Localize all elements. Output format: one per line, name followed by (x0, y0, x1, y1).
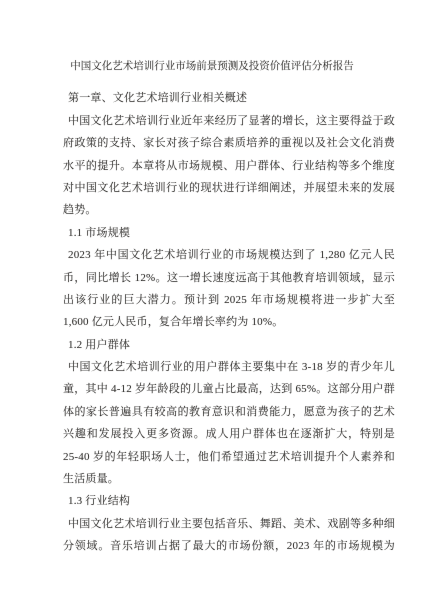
paragraph-line: 童，其中 4-12 岁年龄段的儿童占比最高，达到 65%。这部分用户群 (63, 378, 395, 400)
paragraph-line: 币，同比增长 12%。这一增长速度远高于其他教育培训领域，显示 (63, 267, 395, 289)
paragraph-line: 兴趣和发展投入更多资源。成人用户群体也在逐渐扩大，特别是 (63, 423, 395, 445)
paragraph-line: 中国文化艺术培训行业近年来经历了显著的增长，这主要得益于政 (63, 110, 395, 132)
section-heading: 1.2 用户群体 (63, 334, 395, 356)
section-heading: 1.3 行业结构 (63, 490, 395, 512)
paragraph-line: 对中国文化艺术培训行业的现状进行详细阐述，并展望未来的发展 (63, 177, 395, 199)
paragraph-line: 府政策的支持、家长对孩子综合素质培养的重视以及社会文化消费 (63, 132, 395, 154)
paragraph-line: 生活质量。 (63, 468, 395, 490)
paragraph-line: 趋势。 (63, 199, 395, 221)
paragraph-line: 25-40 岁的年轻职场人士，他们希望通过艺术培训提升个人素养和 (63, 446, 395, 468)
section-heading: 第一章、文化艺术培训行业相关概述 (63, 87, 395, 109)
document-body: 第一章、文化艺术培训行业相关概述中国文化艺术培训行业近年来经历了显著的增长，这主… (63, 87, 395, 557)
paragraph-line: 1,600 亿元人民币，复合年增长率约为 10%。 (63, 311, 395, 333)
paragraph-line: 水平的提升。本章将从市场规模、用户群体、行业结构等多个维度 (63, 155, 395, 177)
paragraph-line: 2023 年中国文化艺术培训行业的市场规模达到了 1,280 亿元人民 (63, 244, 395, 266)
paragraph-line: 出该行业的巨大潜力。预计到 2025 年市场规模将进一步扩大至 (63, 289, 395, 311)
paragraph-line: 分领域。音乐培训占据了最大的市场份额，2023 年的市场规模为 (63, 535, 395, 557)
paragraph-line: 体的家长普遍具有较高的教育意识和消费能力，愿意为孩子的艺术 (63, 401, 395, 423)
section-heading: 1.1 市场规模 (63, 222, 395, 244)
paragraph-line: 中国文化艺术培训行业的用户群体主要集中在 3-18 岁的青少年儿 (63, 356, 395, 378)
document-page: 中国文化艺术培训行业市场前景预测及投资价值评估分析报告 第一章、文化艺术培训行业… (0, 0, 424, 600)
document-title: 中国文化艺术培训行业市场前景预测及投资价值评估分析报告 (0, 56, 424, 78)
paragraph-line: 中国文化艺术培训行业主要包括音乐、舞蹈、美术、戏剧等多种细 (63, 513, 395, 535)
